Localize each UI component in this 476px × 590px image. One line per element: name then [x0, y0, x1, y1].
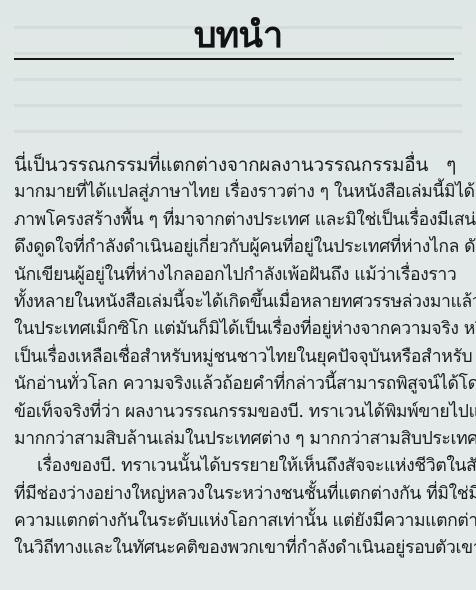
text-line: ทั้งหลายในหนังสือเล่มนี้จะได้เกิดขึ้นเมื… [14, 289, 456, 316]
paragraph-2: เรื่องของบี. ทราเวนนั้นได้บรรยายให้เห็นถ… [14, 453, 456, 563]
chapter-title: บทนำ [0, 12, 476, 60]
text-line: ความแตกต่างกันในระดับแห่งโอกาสเท่านั้น แ… [14, 508, 456, 535]
text-line: ดึงดูดใจที่กำลังดำเนินอยู่เกี่ยวกับผู้คน… [14, 234, 456, 261]
text-line: มากมายที่ได้แปลสู่ภาษาไทย เรื่องราวต่าง … [14, 179, 456, 206]
text-line: มากกว่าสามสิบล้านเล่มในประเทศต่าง ๆ มากก… [14, 426, 456, 453]
text-line: นักอ่านทั่วโลก ความจริงแล้วถ้อยคำที่กล่า… [14, 371, 456, 398]
text-line: นักเขียนผู้อยู่ในที่ห่างไกลออกไปกำลังเพ้… [14, 262, 456, 289]
body-text: นี่เป็นวรรณกรรมที่แตกต่างจากผลงานวรรณกรร… [14, 152, 456, 563]
title-underline-rule [14, 58, 454, 60]
text-line: ข้อเท็จจริงที่ว่า ผลงานวรรณกรรมของบี. ทร… [14, 399, 456, 426]
book-page: บทนำ นี่เป็นวรรณกรรมที่แตกต่างจากผลงานวร… [0, 0, 476, 590]
text-line: ภาพโครงสร้างพื้น ๆ ที่มาจากต่างประเทศ แล… [14, 207, 456, 234]
paragraph-1: นี่เป็นวรรณกรรมที่แตกต่างจากผลงานวรรณกรร… [14, 152, 456, 453]
text-line: ที่มีช่องว่างอย่างใหญ่หลวงในระหว่างชนชั้… [14, 481, 456, 508]
text-line: ในวิถีทางและในทัศนะคติของพวกเขาที่กำลังด… [14, 535, 456, 562]
text-line: เรื่องของบี. ทราเวนนั้นได้บรรยายให้เห็นถ… [14, 453, 456, 480]
text-line: เป็นเรื่องเหลือเชื่อสำหรับหมู่ชนชาวไทยใน… [14, 344, 456, 371]
text-line: นี่เป็นวรรณกรรมที่แตกต่างจากผลงานวรรณกรร… [14, 152, 456, 179]
text-line: ในประเทศเม็กซิโก แต่มันก็มิได้เป็นเรื่อง… [14, 316, 456, 343]
